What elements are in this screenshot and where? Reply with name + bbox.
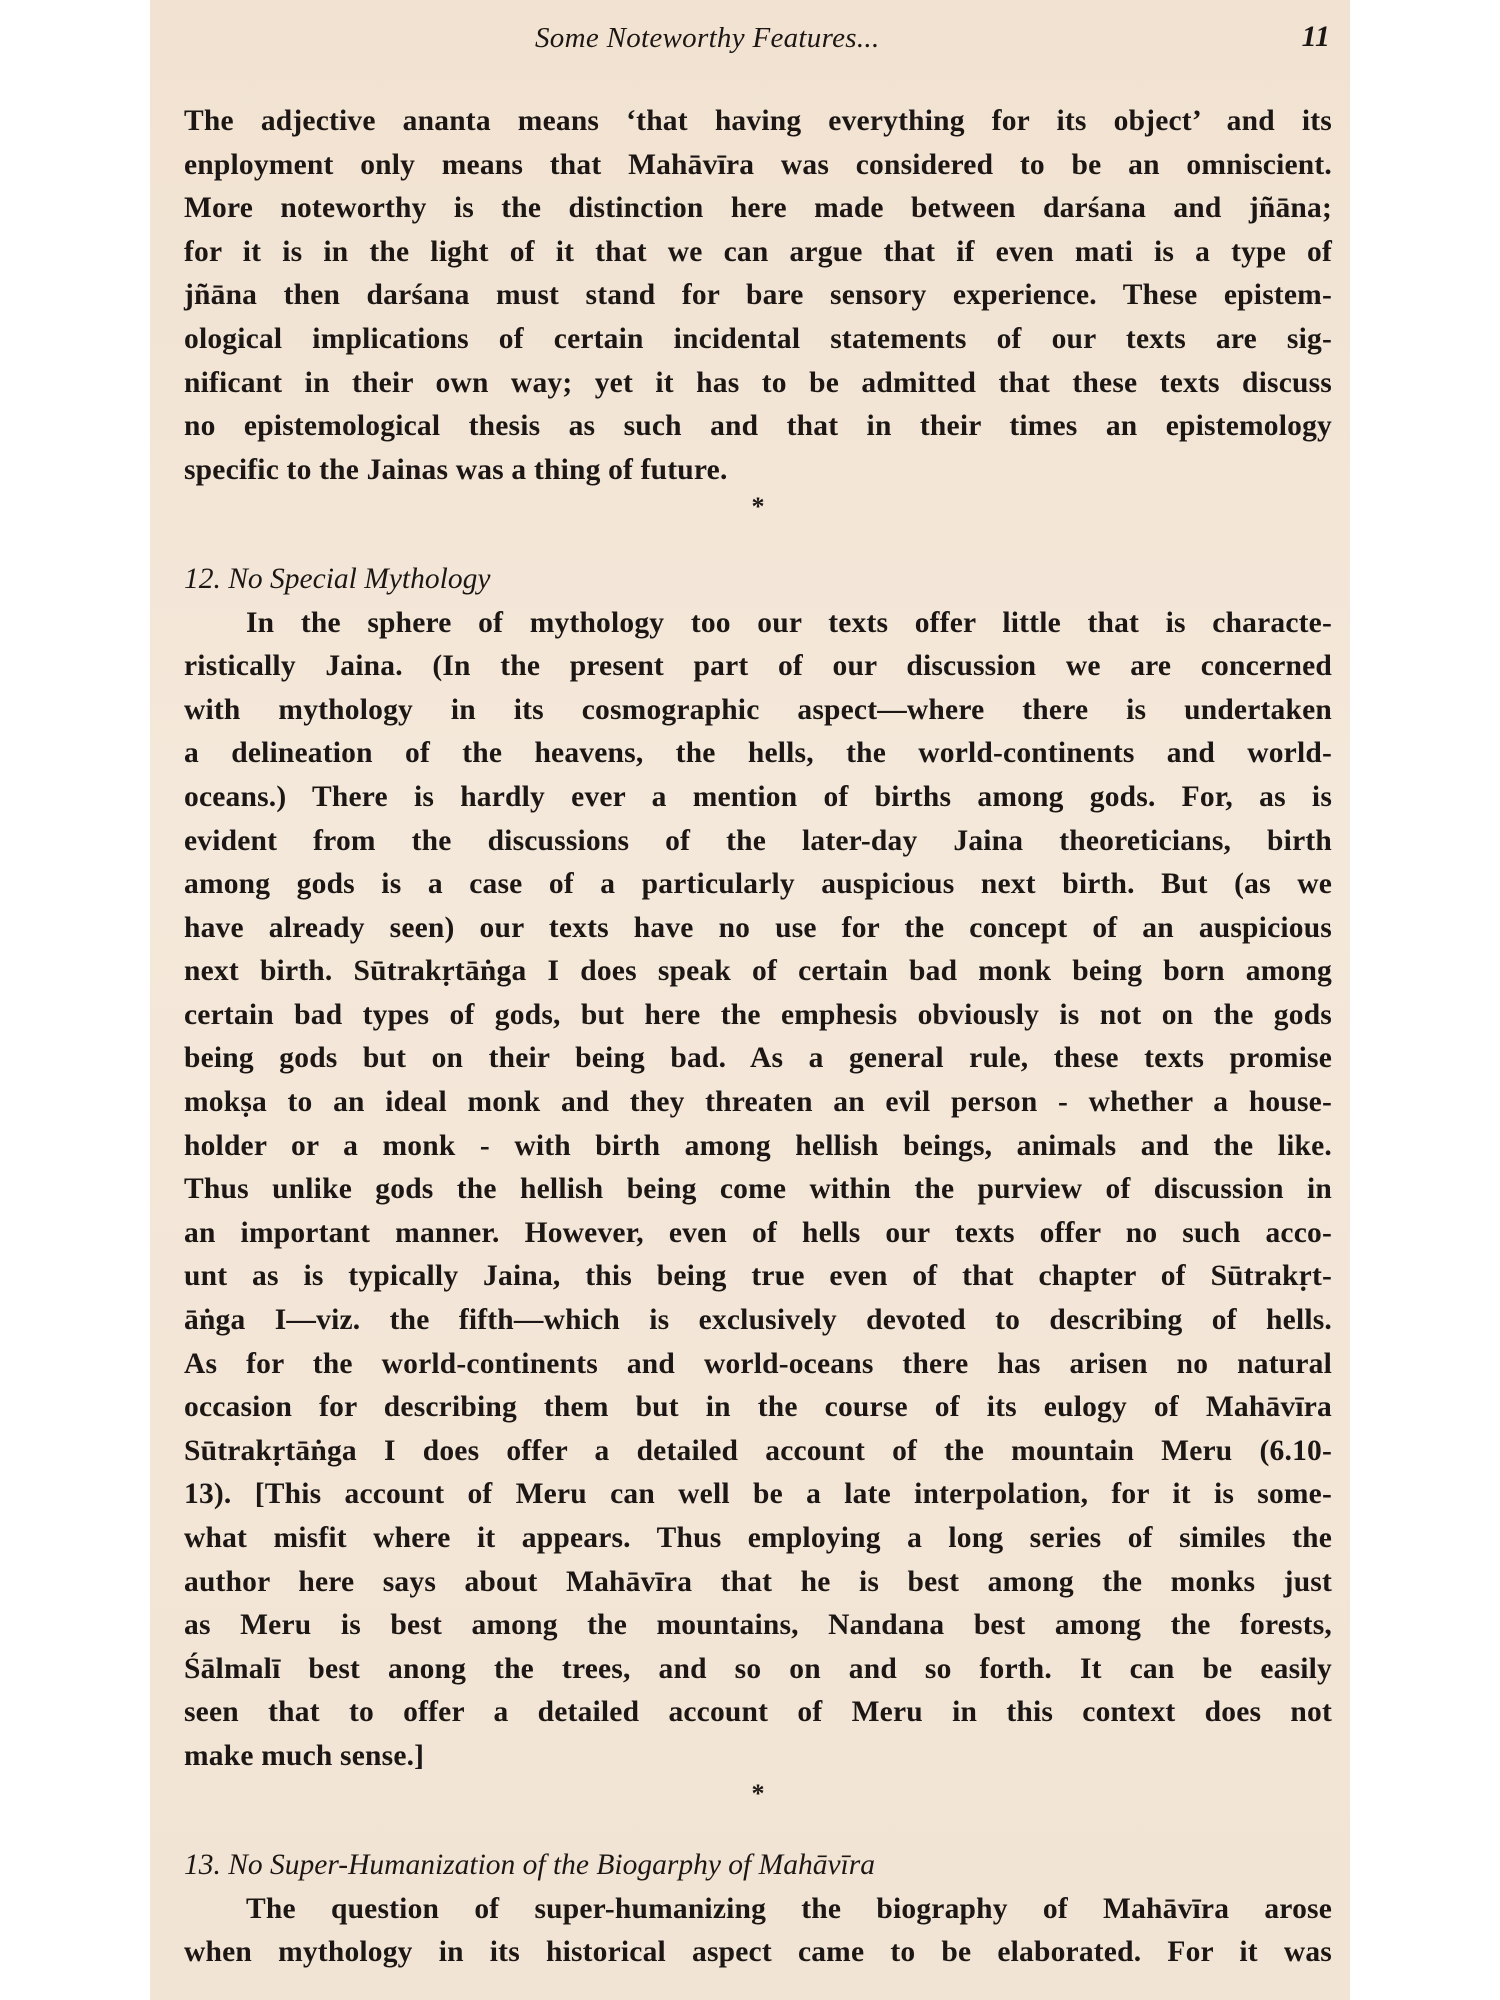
- running-head: Some Noteworthy Features... 11: [150, 22, 1350, 62]
- text-line: with mythology in its cosmographic aspec…: [184, 689, 1332, 733]
- text-line: enployment only means that Mahāvīra was …: [184, 144, 1332, 188]
- text-line: occasion for describing them but in the …: [184, 1386, 1332, 1430]
- text-line: oceans.) There is hardly ever a mention …: [184, 776, 1332, 820]
- section-11-tail: The adjective ananta means ‘that having …: [184, 100, 1332, 536]
- text-line: as Meru is best among the mountains, Nan…: [184, 1604, 1332, 1648]
- section-13: 13. No Super-Humanization of the Biogarp…: [184, 1844, 1332, 1975]
- text-line: have already seen) our texts have no use…: [184, 907, 1332, 951]
- text-line: ristically Jaina. (In the present part o…: [184, 645, 1332, 689]
- text-line: mokṣa to an ideal monk and they threaten…: [184, 1081, 1332, 1125]
- section-separator-asterisk: *: [184, 492, 1332, 536]
- text-line: a delineation of the heavens, the hells,…: [184, 732, 1332, 776]
- text-line: The question of super-humanizing the bio…: [184, 1888, 1332, 1932]
- text-line: evident from the discussions of the late…: [184, 820, 1332, 864]
- text-line: no epistemological thesis as such and th…: [184, 405, 1332, 449]
- text-line: seen that to offer a detailed account of…: [184, 1691, 1332, 1735]
- text-line: specific to the Jainas was a thing of fu…: [184, 449, 1332, 493]
- text-line: among gods is a case of a particularly a…: [184, 863, 1332, 907]
- text-line: certain bad types of gods, but here the …: [184, 994, 1332, 1038]
- text-line: Sūtrakṛtāṅga I does offer a detailed acc…: [184, 1430, 1332, 1474]
- text-line: holder or a monk - with birth among hell…: [184, 1125, 1332, 1169]
- text-line: for it is in the light of it that we can…: [184, 231, 1332, 275]
- text-line: As for the world-continents and world-oc…: [184, 1343, 1332, 1387]
- text-line: jñāna then darśana must stand for bare s…: [184, 274, 1332, 318]
- text-line: Śālmalī best anong the trees, and so on …: [184, 1648, 1332, 1692]
- section-separator-asterisk: *: [184, 1779, 1332, 1823]
- text-line: In the sphere of mythology too our texts…: [184, 602, 1332, 646]
- text-line: nificant in their own way; yet it has to…: [184, 362, 1332, 406]
- page-number: 11: [1302, 20, 1330, 54]
- text-line: next birth. Sūtrakṛtāṅga I does speak of…: [184, 950, 1332, 994]
- book-page: Some Noteworthy Features... 11 The adjec…: [150, 0, 1350, 2000]
- text-line: an important manner. However, even of he…: [184, 1212, 1332, 1256]
- section-12: 12. No Special Mythology In the sphere o…: [184, 558, 1332, 1822]
- section-heading: 12. No Special Mythology: [184, 558, 1332, 602]
- text-line: when mythology in its historical aspect …: [184, 1931, 1332, 1975]
- body-text: The adjective ananta means ‘that having …: [184, 100, 1332, 1975]
- text-line: make much sense.]: [184, 1735, 1332, 1779]
- text-line: author here says about Mahāvīra that he …: [184, 1561, 1332, 1605]
- text-line: Thus unlike gods the hellish being come …: [184, 1168, 1332, 1212]
- text-line: being gods but on their being bad. As a …: [184, 1037, 1332, 1081]
- text-line: 13). [This account of Meru can well be a…: [184, 1473, 1332, 1517]
- running-title: Some Noteworthy Features...: [535, 22, 880, 55]
- text-line: ological implications of certain inciden…: [184, 318, 1332, 362]
- text-line: The adjective ananta means ‘that having …: [184, 100, 1332, 144]
- section-heading: 13. No Super-Humanization of the Biogarp…: [184, 1844, 1332, 1888]
- text-line: āṅga I—viz. the fifth—which is exclusive…: [184, 1299, 1332, 1343]
- text-line: unt as is typically Jaina, this being tr…: [184, 1255, 1332, 1299]
- text-line: what misfit where it appears. Thus emplo…: [184, 1517, 1332, 1561]
- text-line: More noteworthy is the distinction here …: [184, 187, 1332, 231]
